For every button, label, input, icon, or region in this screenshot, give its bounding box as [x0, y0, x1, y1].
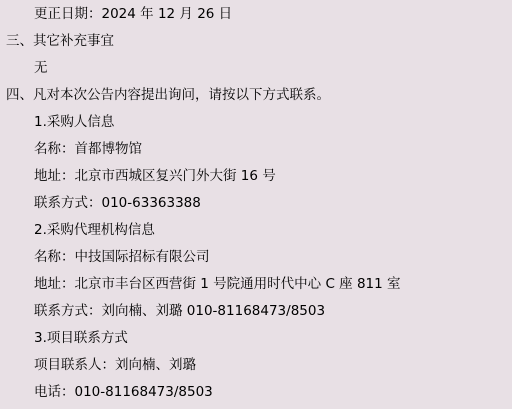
purchaser-address: 地址：北京市西城区复兴门外大街 16 号: [34, 167, 276, 185]
purchaser-name: 名称：首都博物馆: [34, 140, 142, 158]
agency-address: 地址：北京市丰台区西营街 1 号院通用时代中心 C 座 811 室: [34, 275, 401, 293]
agency-heading: 2.采购代理机构信息: [34, 221, 155, 239]
section-4-heading: 四、凡对本次公告内容提出询问，请按以下方式联系。: [6, 86, 330, 104]
purchaser-heading: 1.采购人信息: [34, 113, 114, 131]
section-3-body: 无: [34, 59, 48, 77]
project-contact-person: 项目联系人：刘向楠、刘璐: [34, 356, 196, 374]
project-contact-phone: 电话：010-81168473/8503: [34, 383, 213, 401]
agency-name: 名称：中技国际招标有限公司: [34, 248, 210, 266]
revision-date: 更正日期：2024 年 12 月 26 日: [34, 5, 232, 23]
project-contact-heading: 3.项目联系方式: [34, 329, 128, 347]
section-3-heading: 三、其它补充事宜: [6, 32, 114, 50]
purchaser-contact: 联系方式：010-63363388: [34, 194, 201, 212]
announcement-document: 更正日期：2024 年 12 月 26 日 三、其它补充事宜 无 四、凡对本次公…: [0, 0, 512, 409]
agency-contact: 联系方式：刘向楠、刘璐 010-81168473/8503: [34, 302, 325, 320]
